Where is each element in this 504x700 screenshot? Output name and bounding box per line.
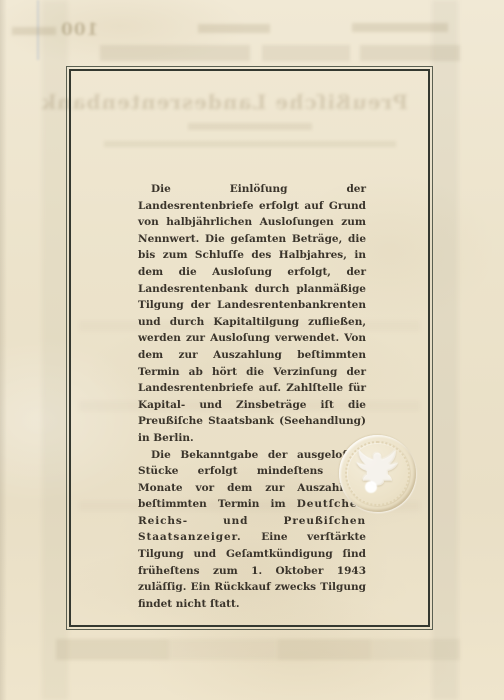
scanned-bond-back-page: 100 Preußiſche Landesrentenbank Die Einl… <box>0 0 504 700</box>
paper-tone-strip-right <box>432 0 458 700</box>
redemption-paragraph-1: Die Einlöſung der Landesrentenbriefe erf… <box>138 181 366 447</box>
bleedthrough-denomination: 100 <box>60 20 99 40</box>
border-frame: Die Einlöſung der Landesrentenbriefe erf… <box>66 66 433 630</box>
eagle-icon <box>352 444 403 495</box>
bleedthrough-small-text-center <box>198 24 270 33</box>
bleedthrough-small-text-right <box>352 23 448 32</box>
bleedthrough-bottom-band <box>56 639 460 660</box>
bleedthrough-ornament-band <box>100 45 250 61</box>
border-frame-inner-rule: Die Einlöſung der Landesrentenbriefe erf… <box>69 69 430 627</box>
emboss-highlight-dot <box>365 481 377 493</box>
bleedthrough-ornament-band <box>360 45 460 61</box>
bleedthrough-small-text-left <box>12 27 56 35</box>
redemption-terms-text: Die Einlöſung der Landesrentenbriefe erf… <box>138 181 366 612</box>
embossed-seal <box>339 435 416 512</box>
redemption-paragraph-2: Die Bekanntgabe der ausgeloſten Stücke e… <box>138 447 366 613</box>
paper-edge-shadow <box>0 0 7 700</box>
bleedthrough-ornament-band <box>262 45 350 61</box>
